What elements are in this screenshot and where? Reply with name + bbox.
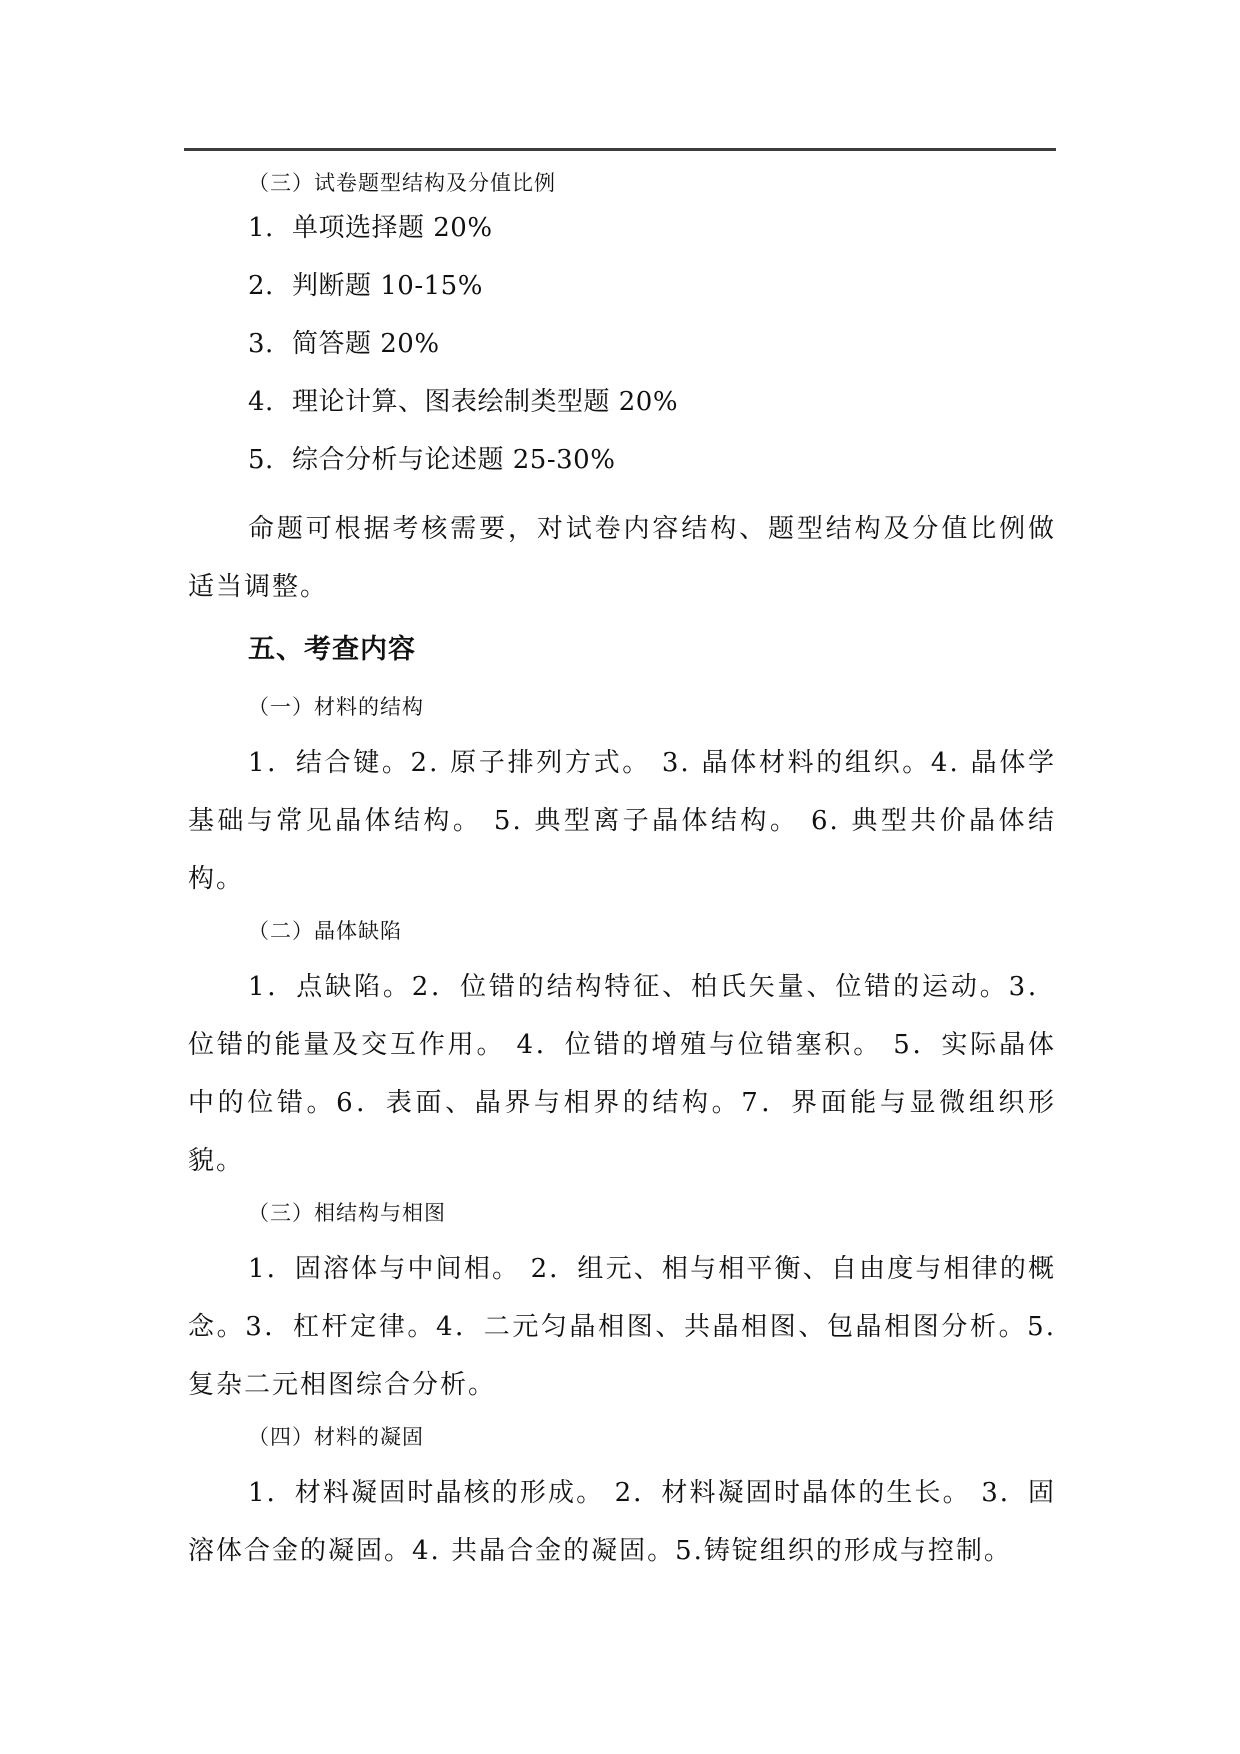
page-content: （三）试卷题型结构及分值比例 1.单项选择题 20% 2.判断题 10-15% …	[188, 168, 1056, 1580]
subsection-material-structure: （一）材料的结构 1．结合键。2. 原子排列方式。 3. 晶体材料的组织。4. …	[188, 692, 1056, 908]
list-item-text: 判断题 10-15%	[292, 271, 483, 301]
subsection-heading: （四）材料的凝固	[188, 1422, 1056, 1464]
subsection-body: 1．结合键。2. 原子排列方式。 3. 晶体材料的组织。4. 晶体学基础与常见晶…	[188, 734, 1056, 908]
subsection-body: 1．材料凝固时晶核的形成。 2．材料凝固时晶体的生长。 3．固溶体合金的凝固。4…	[188, 1464, 1056, 1580]
exam-structure-heading: （三）试卷题型结构及分值比例	[188, 168, 1056, 210]
adjustment-note: 命题可根据考核需要，对试卷内容结构、题型结构及分值比例做适当调整。	[188, 500, 1056, 616]
subsection-body: 1．固溶体与中间相。 2．组元、相与相平衡、自由度与相律的概念。3．杠杆定律。4…	[188, 1240, 1056, 1414]
list-item-number: 2.	[248, 268, 292, 304]
document-page: （三）试卷题型结构及分值比例 1.单项选择题 20% 2.判断题 10-15% …	[0, 0, 1240, 1754]
subsection-body: 1．点缺陷。2．位错的结构特征、柏氏矢量、位错的运动。3．位错的能量及交互作用。…	[188, 958, 1056, 1190]
subsection-heading: （一）材料的结构	[188, 692, 1056, 734]
subsection-heading: （二）晶体缺陷	[188, 916, 1056, 958]
list-item: 1.单项选择题 20%	[188, 210, 1056, 268]
list-item-text: 综合分析与论述题 25-30%	[292, 445, 615, 475]
section-heading: 五、考查内容	[188, 630, 1056, 670]
list-item-number: 1.	[248, 210, 292, 246]
list-item-text: 单项选择题 20%	[292, 213, 493, 243]
list-item: 2.判断题 10-15%	[188, 268, 1056, 326]
question-type-list: 1.单项选择题 20% 2.判断题 10-15% 3.简答题 20% 4.理论计…	[188, 210, 1056, 500]
list-item: 5.综合分析与论述题 25-30%	[188, 442, 1056, 500]
list-item-number: 4.	[248, 384, 292, 420]
subsection-phase-diagrams: （三）相结构与相图 1．固溶体与中间相。 2．组元、相与相平衡、自由度与相律的概…	[188, 1198, 1056, 1414]
subsection-solidification: （四）材料的凝固 1．材料凝固时晶核的形成。 2．材料凝固时晶体的生长。 3．固…	[188, 1422, 1056, 1580]
list-item-text: 简答题 20%	[292, 329, 440, 359]
list-item-text: 理论计算、图表绘制类型题 20%	[292, 387, 678, 417]
list-item: 4.理论计算、图表绘制类型题 20%	[188, 384, 1056, 442]
list-item-number: 5.	[248, 442, 292, 478]
subsection-heading: （三）相结构与相图	[188, 1198, 1056, 1240]
header-rule	[184, 148, 1056, 151]
list-item-number: 3.	[248, 326, 292, 362]
subsection-crystal-defects: （二）晶体缺陷 1．点缺陷。2．位错的结构特征、柏氏矢量、位错的运动。3．位错的…	[188, 916, 1056, 1190]
list-item: 3.简答题 20%	[188, 326, 1056, 384]
